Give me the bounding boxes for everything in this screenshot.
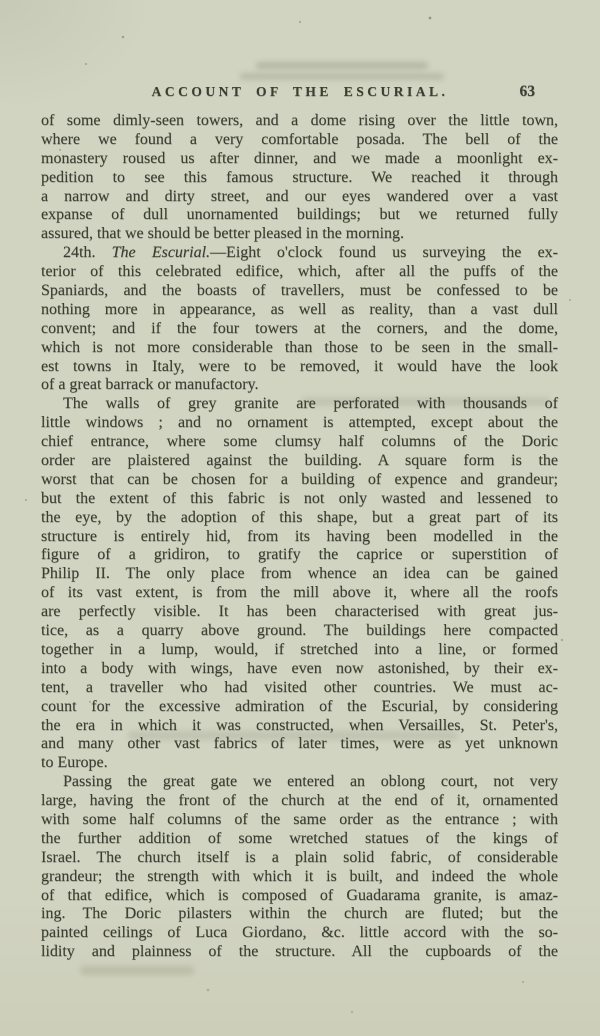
text-line: the further addition of some wretched st… — [41, 830, 558, 849]
text-line: of its vast extent, is from the mill abo… — [41, 584, 558, 603]
text-line: est towns in Italy, were to be removed, … — [41, 358, 558, 377]
text-line: pedition to see this famous structure. W… — [41, 169, 558, 188]
text-line: of some dimly-seen towers, and a dome ri… — [41, 112, 558, 131]
text-line: ing. The Doric pilasters within the chur… — [41, 905, 558, 924]
text-line: nothing more in appearance, as well as r… — [41, 301, 558, 320]
text-line: chief entrance, where some clumsy half c… — [41, 433, 558, 452]
text-line: a narrow and dirty street, and our eyes … — [41, 188, 558, 207]
text-line: of that edifice, which is composed of Gu… — [41, 887, 558, 906]
text-line: little windows ; and no ornament is atte… — [41, 414, 558, 433]
text-line: but the extent of this fabric is not onl… — [41, 490, 558, 509]
text-line: large, having the front of the church at… — [41, 792, 558, 811]
page-header-title: ACCOUNT OF THE ESCURIAL. — [40, 84, 560, 100]
text-line: the era in which it was constructed, whe… — [41, 717, 558, 736]
text-line: and many other vast fabrics of later tim… — [41, 735, 558, 754]
text-line: where we found a very comfortable posada… — [41, 131, 558, 150]
text-line: worst that can be chosen for a building … — [41, 471, 558, 490]
book-page: ACCOUNT OF THE ESCURIAL. 63 of some diml… — [0, 0, 600, 1036]
text-line: tice, as a quarry above ground. The buil… — [41, 622, 558, 641]
text-line: expanse of dull unornamented buildings; … — [41, 206, 558, 225]
bleed-through-ghost — [256, 62, 428, 69]
text-line: Israel. The church itself is a plain sol… — [41, 849, 558, 868]
text-line: monastery roused us after dinner, and we… — [41, 150, 558, 169]
text-line: convent; and if the four towers at the c… — [41, 320, 558, 339]
text-line: with some half columns of the same order… — [41, 811, 558, 830]
text-line: painted ceilings of Luca Giordano, &c. l… — [41, 924, 558, 943]
text-line: Philip II. The only place from whence an… — [41, 565, 558, 584]
text-line: tent, a traveller who had visited other … — [41, 679, 558, 698]
text-line: grandeur; the strength with which it is … — [41, 868, 558, 887]
running-header: ACCOUNT OF THE ESCURIAL. 63 — [40, 84, 560, 104]
text-line: assured, that we should be better please… — [41, 225, 558, 244]
text-line: the eye, by the adoption of this shape, … — [41, 509, 558, 528]
page-body: of some dimly-seen towers, and a dome ri… — [41, 112, 558, 962]
text-line: together in a lump, would, if stretched … — [41, 641, 558, 660]
text-line: lidity and plainness of the structure. A… — [41, 943, 558, 962]
text-line: Spaniards, and the boasts of travellers,… — [41, 282, 558, 301]
text-line: Passing the great gate we entered an obl… — [41, 773, 558, 792]
text-line: figure of a gridiron, to gratify the cap… — [41, 546, 558, 565]
text-line: 24th. The Escurial.—Eight o'clock found … — [41, 244, 558, 263]
text-line: which is not more considerable than thos… — [41, 339, 558, 358]
text-line: structure is entirely hid, from its havi… — [41, 528, 558, 547]
text-line: of a great barrack or manufactory. — [41, 376, 558, 395]
page-number: 63 — [520, 83, 536, 101]
text-line: count for the excessive admiration of th… — [41, 698, 558, 717]
text-line: order are plaistered against the buildin… — [41, 452, 558, 471]
bleed-through-ghost — [80, 966, 194, 975]
text-line: are perfectly visible. It has been chara… — [41, 603, 558, 622]
text-line: The walls of grey granite are perforated… — [41, 395, 558, 414]
text-line: terior of this celebrated edifice, which… — [41, 263, 558, 282]
text-line: to Europe. — [41, 754, 558, 773]
bleed-through-ghost — [240, 73, 444, 80]
text-line: into a body with wings, have even now as… — [41, 660, 558, 679]
